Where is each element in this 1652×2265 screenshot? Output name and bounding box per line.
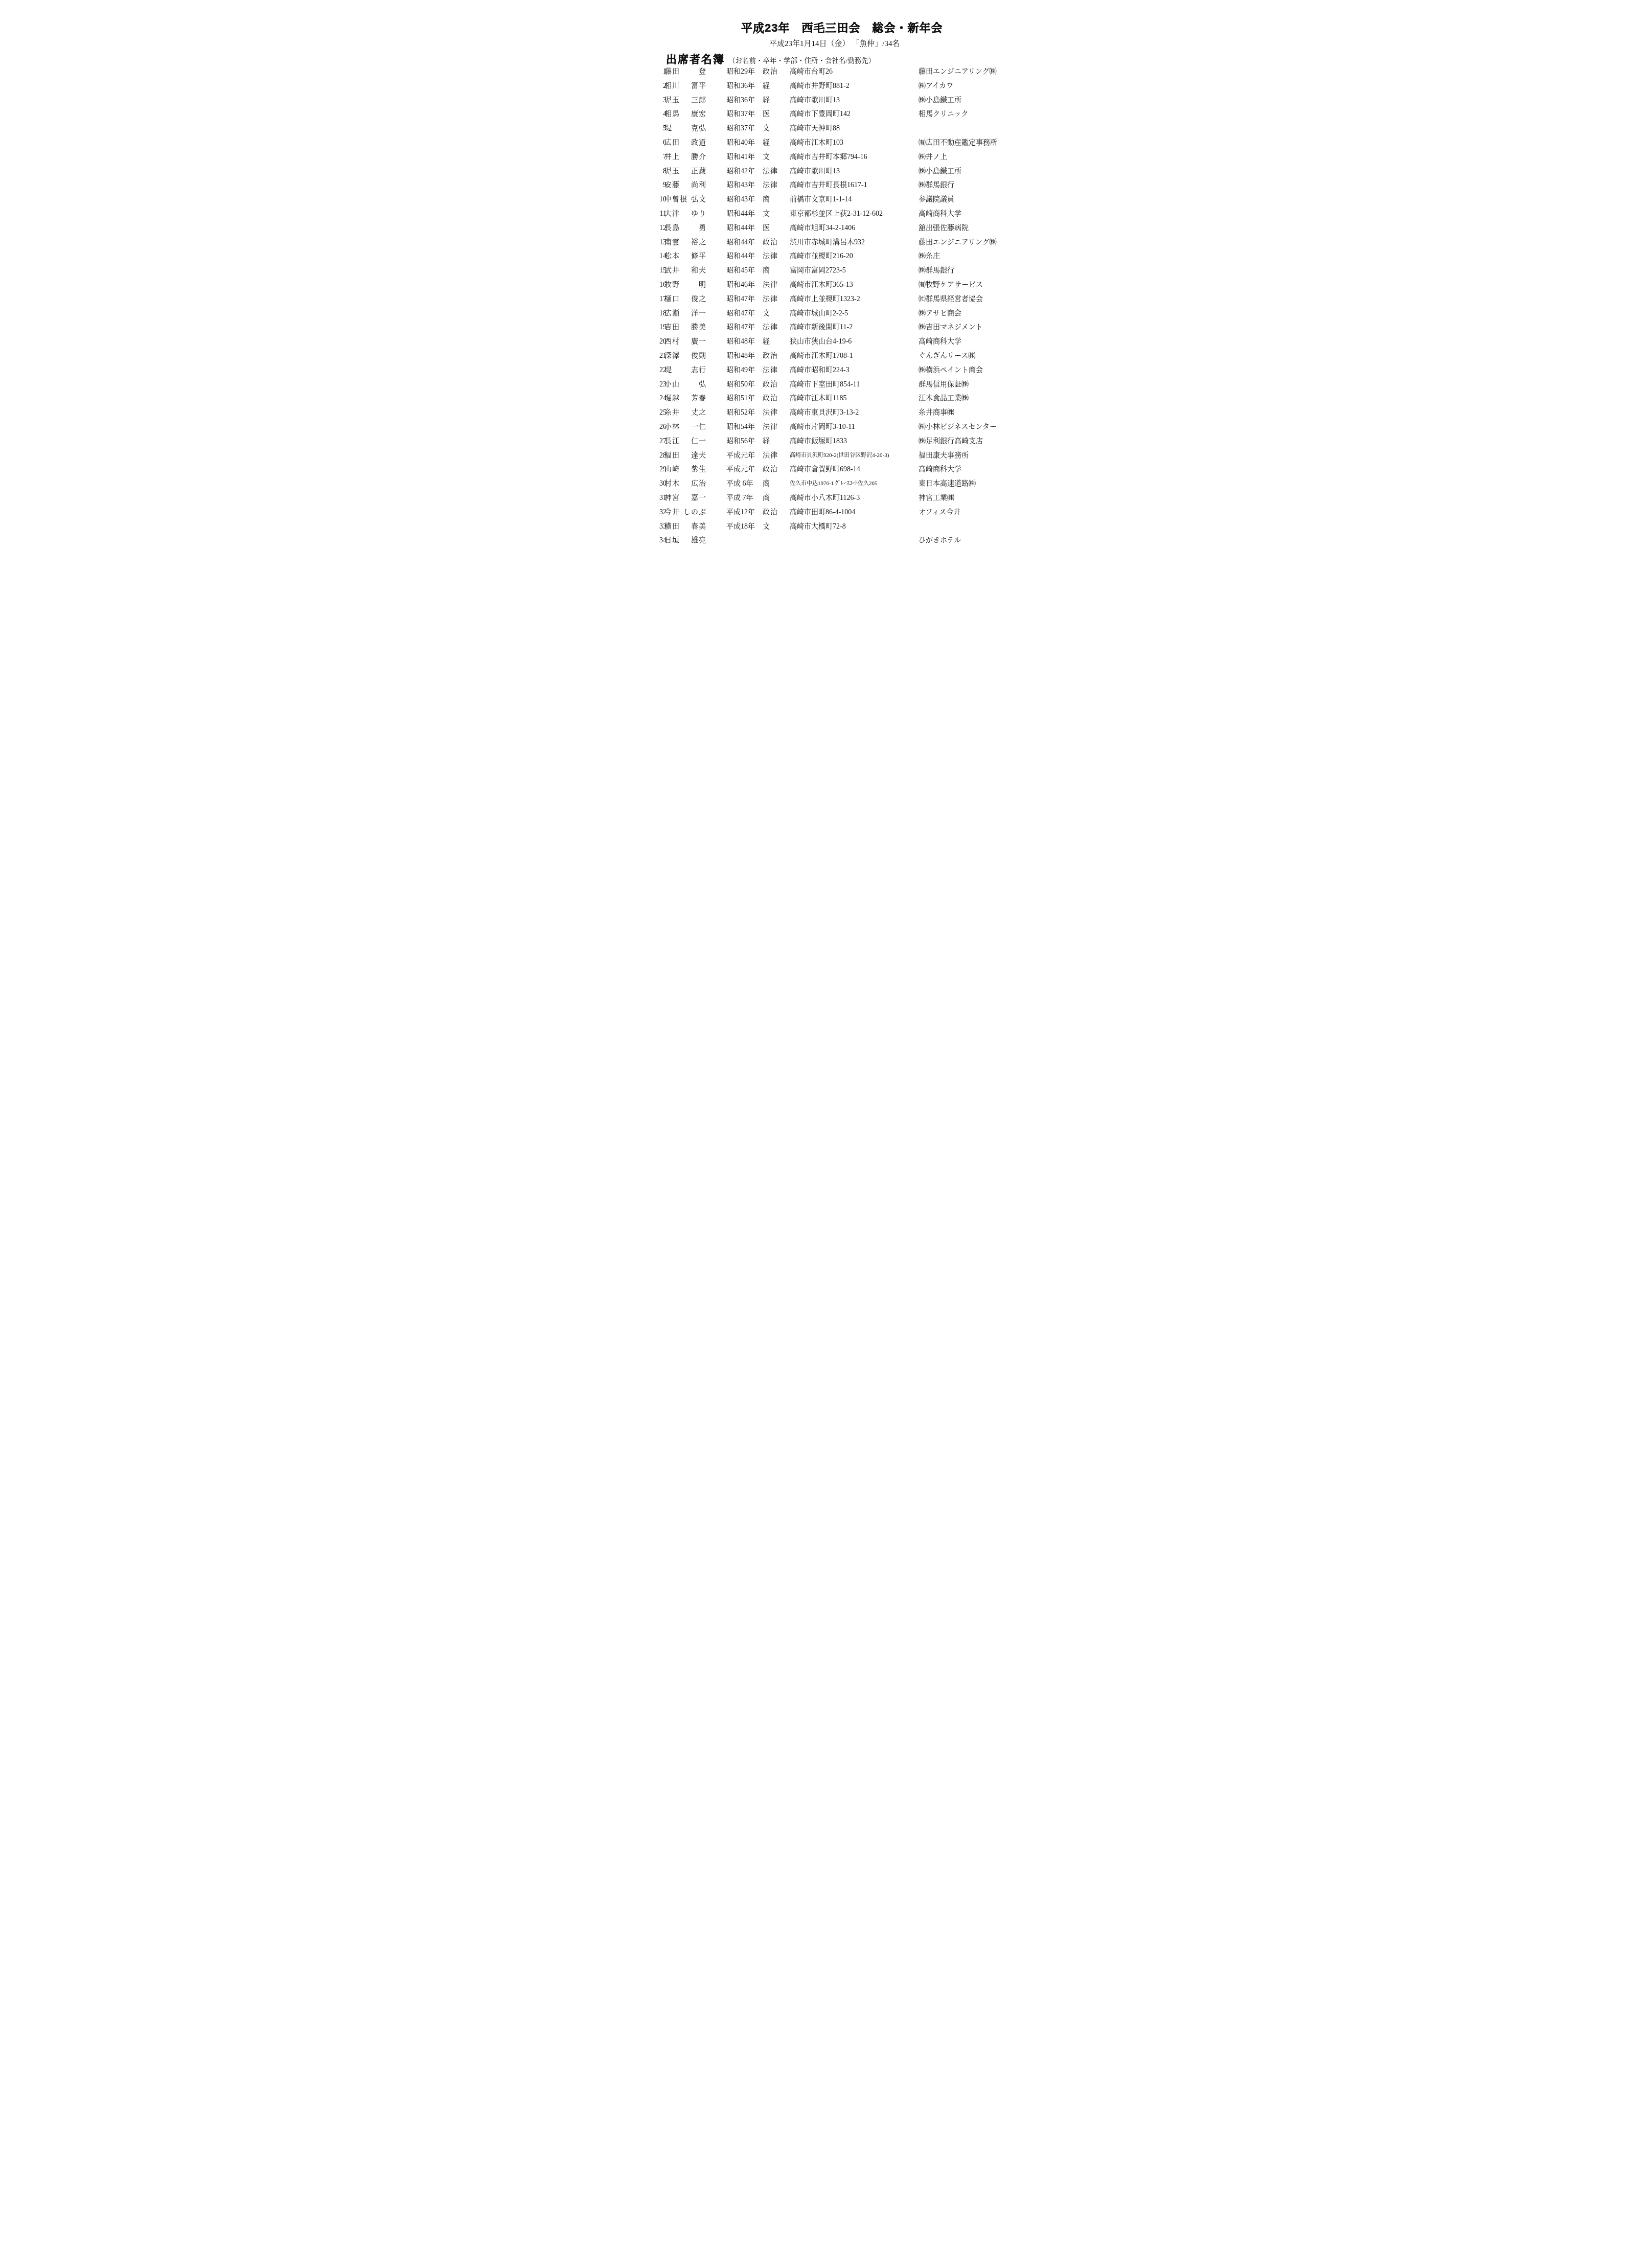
attendee-given-name: 克弘 xyxy=(674,122,706,136)
attendee-faculty: 経 xyxy=(763,136,770,150)
attendee-row: 28 福田 達夫 平成元年 法律 高崎市貝沢町920-2(世田谷区野沢4-20-… xyxy=(619,449,1032,463)
attendee-company: ひがきホテル xyxy=(919,534,961,548)
attendee-row: 14 松本 修平 昭和44年 法律 高崎市並榎町216-20 ㈱糸庄 xyxy=(619,249,1032,264)
attendee-address: 高崎市貝沢町920-2(世田谷区野沢4-20-3) xyxy=(790,449,889,463)
attendee-given-name: 一仁 xyxy=(674,420,706,434)
attendee-given-name: 正蔵 xyxy=(674,165,706,179)
attendee-address: 高崎市城山町2-2-5 xyxy=(790,307,848,321)
attendee-faculty: 商 xyxy=(763,264,770,278)
attendee-address: 高崎市上並榎町1323-2 xyxy=(790,292,860,307)
attendee-number: 3 xyxy=(645,94,667,108)
attendee-faculty: 法律 xyxy=(763,363,778,378)
attendee-address: 高崎市下豊岡町142 xyxy=(790,107,851,122)
attendee-company: ㈱群馬銀行 xyxy=(919,178,954,193)
scanned-attendee-list-page: 平成23年 西毛三田会 総会・新年会 平成23年1月14日（金） 「魚仲」/34… xyxy=(619,0,1032,566)
attendee-address: 高崎市旭町34-2-1406 xyxy=(790,221,855,236)
attendee-row: 26 小林 一仁 昭和54年 法律 高崎市片岡町3-10-11 ㈱小林ビジネスセ… xyxy=(619,420,1032,434)
attendee-address: 高崎市歌川町13 xyxy=(790,165,840,179)
attendee-faculty: 政治 xyxy=(763,392,778,406)
attendee-row: 29 山崎 紫生 平成元年 政治 高崎市倉賀野町698-14 高崎商科大学 xyxy=(619,463,1032,477)
attendee-number: 19 xyxy=(645,321,667,335)
attendee-row: 13 南雲 裕之 昭和44年 政治 渋川市赤城町溝呂木932 藤田エンジニアリン… xyxy=(619,236,1032,250)
attendee-given-name: 裕之 xyxy=(674,236,706,250)
attendee-given-name: 富平 xyxy=(674,79,706,94)
attendee-grad-year: 昭和54年 xyxy=(726,420,755,434)
attendee-number: 28 xyxy=(645,449,667,463)
attendee-faculty: 経 xyxy=(763,434,770,449)
attendee-row: 3 児玉 三郎 昭和36年 経 高崎市歌川町13 ㈱小島鐵工所 xyxy=(619,94,1032,108)
attendee-grad-year: 昭和47年 xyxy=(726,321,755,335)
attendee-row: 16 牧野 明 昭和46年 法律 高崎市江木町365-13 ㈲牧野ケアサービス xyxy=(619,278,1032,292)
attendee-address: 佐久市中込1976-1 ｸﾞﾚｰｽｺｰﾄ佐久205 xyxy=(790,477,877,491)
attendee-company: ㈱小島鐵工所 xyxy=(919,165,961,179)
attendee-grad-year: 平成 7年 xyxy=(726,491,753,506)
attendee-address: 高崎市歌川町13 xyxy=(790,94,840,108)
attendee-grad-year: 昭和36年 xyxy=(726,94,755,108)
attendee-faculty: 法律 xyxy=(763,249,778,264)
attendee-faculty: 政治 xyxy=(763,236,778,250)
attendee-given-name: 廣一 xyxy=(674,335,706,349)
attendee-row: 30 村木 広治 平成 6年 商 佐久市中込1976-1 ｸﾞﾚｰｽｺｰﾄ佐久2… xyxy=(619,477,1032,491)
attendee-grad-year: 昭和47年 xyxy=(726,307,755,321)
attendee-faculty: 政治 xyxy=(763,506,778,520)
attendee-number: 2 xyxy=(645,79,667,94)
attendee-address: 富岡市富岡2723-5 xyxy=(790,264,846,278)
attendee-address: 高崎市小八木町1126-3 xyxy=(790,491,860,506)
attendee-faculty: 法律 xyxy=(763,449,778,463)
attendee-given-name: 和夫 xyxy=(674,264,706,278)
attendee-grad-year: 昭和50年 xyxy=(726,378,755,392)
attendee-row: 31 神宮 嘉一 平成 7年 商 高崎市小八木町1126-3 神宮工業㈱ xyxy=(619,491,1032,506)
attendee-row: 5 堤 克弘 昭和37年 文 高崎市天神町88 xyxy=(619,122,1032,136)
attendee-address: 高崎市昭和町224-3 xyxy=(790,363,850,378)
attendee-faculty: 商 xyxy=(763,193,770,207)
attendee-given-name: 仁一 xyxy=(674,434,706,449)
attendee-company: オフィス今井 xyxy=(919,506,960,520)
attendee-number: 24 xyxy=(645,392,667,406)
attendee-company: ㈱アサヒ商会 xyxy=(919,307,961,321)
attendee-row: 10 中曽根 弘文 昭和43年 商 前橋市文京町1-1-14 参議院議員 xyxy=(619,193,1032,207)
attendee-given-name: 洋一 xyxy=(674,307,706,321)
attendee-given-name: 勝美 xyxy=(674,321,706,335)
attendee-address: 東京都杉並区上荻2-31-12-602 xyxy=(790,207,883,221)
attendee-faculty: 商 xyxy=(763,491,770,506)
attendee-grad-year: 平成元年 xyxy=(726,463,755,477)
attendee-row: 2 相川 富平 昭和36年 経 高崎市井野町881-2 ㈱アイカワ xyxy=(619,79,1032,94)
attendee-grad-year: 昭和42年 xyxy=(726,165,755,179)
attendee-row: 15 武井 和夫 昭和45年 商 富岡市富岡2723-5 ㈱群馬銀行 xyxy=(619,264,1032,278)
attendee-address: 高崎市大橋町72-8 xyxy=(790,520,846,534)
attendee-company: 江木食品工業㈱ xyxy=(919,392,969,406)
attendee-faculty: 文 xyxy=(763,150,770,165)
attendee-address: 狭山市狭山台4-19-6 xyxy=(790,335,852,349)
attendee-number: 16 xyxy=(645,278,667,292)
attendee-given-name: 明 xyxy=(674,278,706,292)
attendee-number: 30 xyxy=(645,477,667,491)
attendee-grad-year: 昭和44年 xyxy=(726,221,755,236)
attendee-row: 34 日垣 雄亮 ひがきホテル xyxy=(619,534,1032,548)
attendee-given-name: 嘉一 xyxy=(674,491,706,506)
attendee-number: 15 xyxy=(645,264,667,278)
attendee-faculty: 法律 xyxy=(763,292,778,307)
attendee-company: ㈲牧野ケアサービス xyxy=(919,278,983,292)
attendee-number: 23 xyxy=(645,378,667,392)
attendee-company: 糸井商事㈱ xyxy=(919,406,954,420)
attendee-faculty: 経 xyxy=(763,94,770,108)
attendee-grad-year: 昭和48年 xyxy=(726,335,755,349)
attendee-given-name: 勝介 xyxy=(674,150,706,165)
attendee-given-name: 雄亮 xyxy=(674,534,706,548)
attendee-faculty: 医 xyxy=(763,221,770,236)
attendee-company: 藤田エンジニアリング㈱ xyxy=(919,65,997,79)
attendee-given-name: 達夫 xyxy=(674,449,706,463)
attendee-given-name: 尚利 xyxy=(674,178,706,193)
attendee-grad-year: 平成元年 xyxy=(726,449,755,463)
attendee-grad-year: 昭和44年 xyxy=(726,249,755,264)
attendee-number: 11 xyxy=(645,207,667,221)
attendee-company: 東日本高速道路㈱ xyxy=(919,477,976,491)
attendee-given-name: 勇 xyxy=(674,221,706,236)
attendee-faculty: 法律 xyxy=(763,406,778,420)
attendee-number: 1 xyxy=(645,65,667,79)
attendee-faculty: 法律 xyxy=(763,165,778,179)
attendee-grad-year: 昭和41年 xyxy=(726,150,755,165)
attendee-company: 相馬クリニック xyxy=(919,107,968,122)
attendee-grad-year: 昭和37年 xyxy=(726,107,755,122)
attendee-company: 藤田エンジニアリング㈱ xyxy=(919,236,997,250)
attendee-company: 福田康夫事務所 xyxy=(919,449,969,463)
attendee-number: 22 xyxy=(645,363,667,378)
attendee-row: 9 安藤 尚利 昭和43年 法律 高崎市吉井町長根1617-1 ㈱群馬銀行 xyxy=(619,178,1032,193)
attendee-number: 21 xyxy=(645,349,667,363)
attendee-faculty: 法律 xyxy=(763,321,778,335)
attendee-number: 32 xyxy=(645,506,667,520)
attendee-faculty: 政治 xyxy=(763,378,778,392)
attendee-faculty: 政治 xyxy=(763,349,778,363)
attendee-row: 4 相馬 康宏 昭和37年 医 高崎市下豊岡町142 相馬クリニック xyxy=(619,107,1032,122)
attendee-company: ㈱糸庄 xyxy=(919,249,940,264)
attendee-number: 7 xyxy=(645,150,667,165)
attendee-address: 高崎市吉井町長根1617-1 xyxy=(790,178,867,193)
attendee-given-name: 広治 xyxy=(674,477,706,491)
attendee-number: 33 xyxy=(645,520,667,534)
attendee-company: ㈱小島鐵工所 xyxy=(919,94,961,108)
attendee-grad-year: 昭和37年 xyxy=(726,122,755,136)
attendee-row: 17 樋口 俊之 昭和47年 法律 高崎市上並榎町1323-2 ㈳群馬県経営者協… xyxy=(619,292,1032,307)
attendee-number: 12 xyxy=(645,221,667,236)
attendee-list-note: （お名前・卒年・学部・住所・会社名/勤務先） xyxy=(728,55,875,65)
attendee-list-heading: 出席者名簿 xyxy=(666,51,725,66)
attendee-given-name: しのぶ xyxy=(674,506,706,520)
attendee-company: ㈱吉田マネジメント xyxy=(919,321,983,335)
attendee-faculty: 経 xyxy=(763,79,770,94)
attendee-number: 27 xyxy=(645,434,667,449)
attendee-faculty: 医 xyxy=(763,107,770,122)
attendee-given-name: 俊之 xyxy=(674,292,706,307)
attendee-rows: 1 藤田 登 昭和29年 政治 高崎市台町26 藤田エンジニアリング㈱ 2 相川… xyxy=(619,65,1032,548)
attendee-number: 34 xyxy=(645,534,667,548)
attendee-company: 群馬信用保証㈱ xyxy=(919,378,969,392)
attendee-given-name: 登 xyxy=(674,65,706,79)
attendee-company: 高崎商科大学 xyxy=(919,207,961,221)
attendee-faculty: 文 xyxy=(763,207,770,221)
attendee-company: ㈳群馬県経営者協会 xyxy=(919,292,983,307)
attendee-row: 1 藤田 登 昭和29年 政治 高崎市台町26 藤田エンジニアリング㈱ xyxy=(619,65,1032,79)
attendee-grad-year: 平成12年 xyxy=(726,506,755,520)
attendee-given-name: 志行 xyxy=(674,363,706,378)
attendee-company: 高崎商科大学 xyxy=(919,463,961,477)
attendee-address: 渋川市赤城町溝呂木932 xyxy=(790,236,865,250)
attendee-address: 高崎市吉井町本郷794-16 xyxy=(790,150,867,165)
attendee-company: ㈱群馬銀行 xyxy=(919,264,954,278)
attendee-number: 9 xyxy=(645,178,667,193)
attendee-given-name: 修平 xyxy=(674,249,706,264)
attendee-surname: 堤 xyxy=(664,363,672,378)
attendee-grad-year: 昭和49年 xyxy=(726,363,755,378)
attendee-company: ぐんぎんリース㈱ xyxy=(919,349,975,363)
attendee-address: 高崎市片岡町3-10-11 xyxy=(790,420,855,434)
attendee-number: 5 xyxy=(645,122,667,136)
attendee-row: 21 深澤 俊則 昭和48年 政治 高崎市江木町1708-1 ぐんぎんリース㈱ xyxy=(619,349,1032,363)
attendee-number: 25 xyxy=(645,406,667,420)
attendee-row: 32 今井 しのぶ 平成12年 政治 高崎市田町86-4-1004 オフィス今井 xyxy=(619,506,1032,520)
attendee-row: 6 広田 政道 昭和40年 経 高崎市江木町103 ㈲広田不動産鑑定事務所 xyxy=(619,136,1032,150)
attendee-row: 19 吉田 勝美 昭和47年 法律 高崎市新後閑町11-2 ㈱吉田マネジメント xyxy=(619,321,1032,335)
attendee-address: 高崎市井野町881-2 xyxy=(790,79,850,94)
attendee-number: 29 xyxy=(645,463,667,477)
attendee-surname: 堤 xyxy=(664,122,672,136)
attendee-faculty: 文 xyxy=(763,307,770,321)
attendee-grad-year: 昭和44年 xyxy=(726,207,755,221)
attendee-number: 10 xyxy=(645,193,667,207)
attendee-faculty: 文 xyxy=(763,122,770,136)
attendee-faculty: 政治 xyxy=(763,65,778,79)
attendee-number: 17 xyxy=(645,292,667,307)
attendee-address: 高崎市江木町1185 xyxy=(790,392,846,406)
attendee-number: 4 xyxy=(645,107,667,122)
attendee-grad-year: 昭和47年 xyxy=(726,292,755,307)
attendee-given-name: 弘文 xyxy=(674,193,706,207)
attendee-row: 24 堀越 芳春 昭和51年 政治 高崎市江木町1185 江木食品工業㈱ xyxy=(619,392,1032,406)
attendee-address: 高崎市東貝沢町3-13-2 xyxy=(790,406,859,420)
attendee-given-name: 康宏 xyxy=(674,107,706,122)
attendee-row: 12 長島 勇 昭和44年 医 高崎市旭町34-2-1406 舘出張佐藤病院 xyxy=(619,221,1032,236)
attendee-company: ㈲広田不動産鑑定事務所 xyxy=(919,136,997,150)
attendee-row: 22 堤 志行 昭和49年 法律 高崎市昭和町224-3 ㈱横浜ペイント商会 xyxy=(619,363,1032,378)
attendee-row: 18 広瀬 洋一 昭和47年 文 高崎市城山町2-2-5 ㈱アサヒ商会 xyxy=(619,307,1032,321)
attendee-grad-year: 昭和44年 xyxy=(726,236,755,250)
attendee-number: 8 xyxy=(645,165,667,179)
attendee-number: 26 xyxy=(645,420,667,434)
attendee-address: 高崎市台町26 xyxy=(790,65,833,79)
attendee-grad-year: 昭和46年 xyxy=(726,278,755,292)
attendee-address: 高崎市田町86-4-1004 xyxy=(790,506,855,520)
attendee-given-name: 丈之 xyxy=(674,406,706,420)
attendee-company: ㈱横浜ペイント商会 xyxy=(919,363,983,378)
attendee-company: 高崎商科大学 xyxy=(919,335,961,349)
attendee-address: 高崎市江木町1708-1 xyxy=(790,349,853,363)
attendee-row: 20 西村 廣一 昭和48年 経 狭山市狭山台4-19-6 高崎商科大学 xyxy=(619,335,1032,349)
attendee-given-name: 春美 xyxy=(674,520,706,534)
attendee-company: ㈱井ノ上 xyxy=(919,150,947,165)
attendee-grad-year: 昭和48年 xyxy=(726,349,755,363)
attendee-grad-year: 昭和43年 xyxy=(726,178,755,193)
attendee-number: 31 xyxy=(645,491,667,506)
attendee-number: 20 xyxy=(645,335,667,349)
attendee-address: 前橋市文京町1-1-14 xyxy=(790,193,852,207)
attendee-row: 11 大津 ゆり 昭和44年 文 東京都杉並区上荻2-31-12-602 高崎商… xyxy=(619,207,1032,221)
event-date-line: 平成23年1月14日（金） 「魚仲」/34名 xyxy=(769,38,900,49)
attendee-address: 高崎市江木町365-13 xyxy=(790,278,853,292)
attendee-grad-year: 昭和52年 xyxy=(726,406,755,420)
attendee-grad-year: 平成 6年 xyxy=(726,477,753,491)
attendee-row: 7 井上 勝介 昭和41年 文 高崎市吉井町本郷794-16 ㈱井ノ上 xyxy=(619,150,1032,165)
attendee-grad-year: 昭和29年 xyxy=(726,65,755,79)
attendee-grad-year: 昭和56年 xyxy=(726,434,755,449)
attendee-number: 18 xyxy=(645,307,667,321)
attendee-grad-year: 昭和51年 xyxy=(726,392,755,406)
attendee-company: 舘出張佐藤病院 xyxy=(919,221,969,236)
attendee-grad-year: 昭和36年 xyxy=(726,79,755,94)
attendee-given-name: ゆり xyxy=(674,207,706,221)
attendee-address: 高崎市天神町88 xyxy=(790,122,840,136)
page-title: 平成23年 西毛三田会 総会・新年会 xyxy=(741,19,943,35)
attendee-row: 8 児玉 正蔵 昭和42年 法律 高崎市歌川町13 ㈱小島鐵工所 xyxy=(619,165,1032,179)
attendee-address: 高崎市下室田町854-11 xyxy=(790,378,860,392)
attendee-address: 高崎市江木町103 xyxy=(790,136,843,150)
attendee-faculty: 法律 xyxy=(763,420,778,434)
attendee-given-name: 三郎 xyxy=(674,94,706,108)
attendee-company: ㈱アイカワ xyxy=(919,79,953,94)
attendee-grad-year: 昭和40年 xyxy=(726,136,755,150)
attendee-address: 高崎市並榎町216-20 xyxy=(790,249,853,264)
attendee-company: 神宮工業㈱ xyxy=(919,491,954,506)
attendee-address: 高崎市飯塚町1833 xyxy=(790,434,847,449)
attendee-given-name: 俊則 xyxy=(674,349,706,363)
attendee-faculty: 商 xyxy=(763,477,770,491)
attendee-row: 23 小山 弘 昭和50年 政治 高崎市下室田町854-11 群馬信用保証㈱ xyxy=(619,378,1032,392)
attendee-company: ㈱足利銀行高崎支店 xyxy=(919,434,983,449)
attendee-address: 高崎市倉賀野町698-14 xyxy=(790,463,860,477)
attendee-address: 高崎市新後閑町11-2 xyxy=(790,321,853,335)
attendee-number: 13 xyxy=(645,236,667,250)
attendee-grad-year: 平成18年 xyxy=(726,520,755,534)
attendee-given-name: 政道 xyxy=(674,136,706,150)
attendee-company: ㈱小林ビジネスセンター xyxy=(919,420,997,434)
attendee-faculty: 政治 xyxy=(763,463,778,477)
attendee-given-name: 紫生 xyxy=(674,463,706,477)
attendee-grad-year: 昭和43年 xyxy=(726,193,755,207)
attendee-row: 25 糸井 丈之 昭和52年 法律 高崎市東貝沢町3-13-2 糸井商事㈱ xyxy=(619,406,1032,420)
attendee-given-name: 芳春 xyxy=(674,392,706,406)
attendee-given-name: 弘 xyxy=(674,378,706,392)
attendee-row: 27 長江 仁一 昭和56年 経 高崎市飯塚町1833 ㈱足利銀行高崎支店 xyxy=(619,434,1032,449)
attendee-faculty: 経 xyxy=(763,335,770,349)
attendee-faculty: 法律 xyxy=(763,278,778,292)
attendee-grad-year: 昭和45年 xyxy=(726,264,755,278)
attendee-faculty: 法律 xyxy=(763,178,778,193)
attendee-row: 33 横田 春美 平成18年 文 高崎市大橋町72-8 xyxy=(619,520,1032,534)
attendee-number: 14 xyxy=(645,249,667,264)
attendee-faculty: 文 xyxy=(763,520,770,534)
attendee-company: 参議院議員 xyxy=(919,193,954,207)
attendee-number: 6 xyxy=(645,136,667,150)
